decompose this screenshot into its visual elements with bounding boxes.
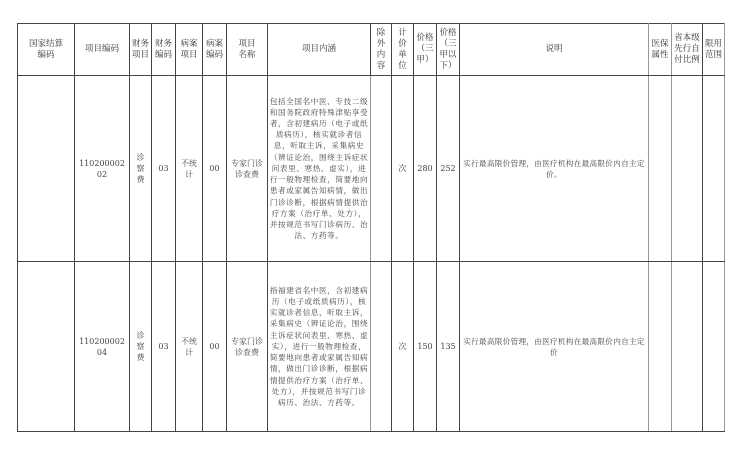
cell-exclusions <box>371 262 392 432</box>
cell-price-tier3a: 280 <box>414 76 437 262</box>
cell-insurance <box>649 262 672 432</box>
pricing-table: 国家结算编码 项目编码 财务项目 财务编码 病案项目 病案编码 项目名称 项目内… <box>17 23 725 432</box>
header-exclusions: 除外内容 <box>371 24 392 76</box>
header-item-name: 项目名称 <box>227 24 268 76</box>
cell-item-code: 11020000202 <box>75 76 130 262</box>
header-unit: 计价单位 <box>392 24 414 76</box>
table-row: 11020000204 诊察费 03 不统计 00 专家门诊诊查费 指福建省名中… <box>18 262 725 432</box>
cell-description: 实行最高限价管理，由医疗机构在最高限价内自主定价。 <box>460 76 649 262</box>
header-case-item: 病案项目 <box>176 24 203 76</box>
cell-national-code <box>18 262 75 432</box>
header-price-below: 价格（三甲以下） <box>437 24 460 76</box>
cell-content: 指福建省名中医，含初建病历（电子或纸质病历），核实就诊者信息，听取主诉，采集病史… <box>268 262 371 432</box>
cell-item-code: 11020000204 <box>75 262 130 432</box>
header-case-code: 病案编码 <box>203 24 227 76</box>
cell-item-name: 专家门诊诊查费 <box>227 262 268 432</box>
cell-self-pay-ratio <box>672 76 703 262</box>
header-content: 项目内涵 <box>268 24 371 76</box>
header-insurance: 医保属性 <box>649 24 672 76</box>
cell-case-item: 不统计 <box>176 76 203 262</box>
cell-case-item: 不统计 <box>176 262 203 432</box>
cell-item-name: 专家门诊诊查费 <box>227 76 268 262</box>
cell-exclusions <box>371 76 392 262</box>
cell-description: 实行最高限价管理，由医疗机构在最高限价内自主定价 <box>460 262 649 432</box>
header-national-code: 国家结算编码 <box>18 24 75 76</box>
header-self-pay-ratio: 省本级先行自付比例 <box>672 24 703 76</box>
cell-content: 包括全国名中医、专技二级和国务院政府特殊津贴享受者，含初建病历（电子或纸质病历）… <box>268 76 371 262</box>
cell-unit: 次 <box>392 262 414 432</box>
cell-national-code <box>18 76 75 262</box>
cell-finance-code: 03 <box>152 76 176 262</box>
cell-price-tier3a: 150 <box>414 262 437 432</box>
cell-price-below: 252 <box>437 76 460 262</box>
header-finance-code: 财务编码 <box>152 24 176 76</box>
cell-case-code: 00 <box>203 76 227 262</box>
header-row: 国家结算编码 项目编码 财务项目 财务编码 病案项目 病案编码 项目名称 项目内… <box>18 24 725 76</box>
cell-insurance <box>649 76 672 262</box>
cell-finance-item: 诊察费 <box>130 76 152 262</box>
header-description: 说明 <box>460 24 649 76</box>
cell-case-code: 00 <box>203 262 227 432</box>
header-price-tier3a: 价格（三甲） <box>414 24 437 76</box>
cell-finance-code: 03 <box>152 262 176 432</box>
header-restriction: 限用范围 <box>703 24 725 76</box>
table-row: 11020000202 诊察费 03 不统计 00 专家门诊诊查费 包括全国名中… <box>18 76 725 262</box>
cell-finance-item: 诊察费 <box>130 262 152 432</box>
cell-price-below: 135 <box>437 262 460 432</box>
header-item-code: 项目编码 <box>75 24 130 76</box>
cell-unit: 次 <box>392 76 414 262</box>
cell-self-pay-ratio <box>672 262 703 432</box>
header-finance-item: 财务项目 <box>130 24 152 76</box>
cell-restriction <box>703 76 725 262</box>
cell-restriction <box>703 262 725 432</box>
